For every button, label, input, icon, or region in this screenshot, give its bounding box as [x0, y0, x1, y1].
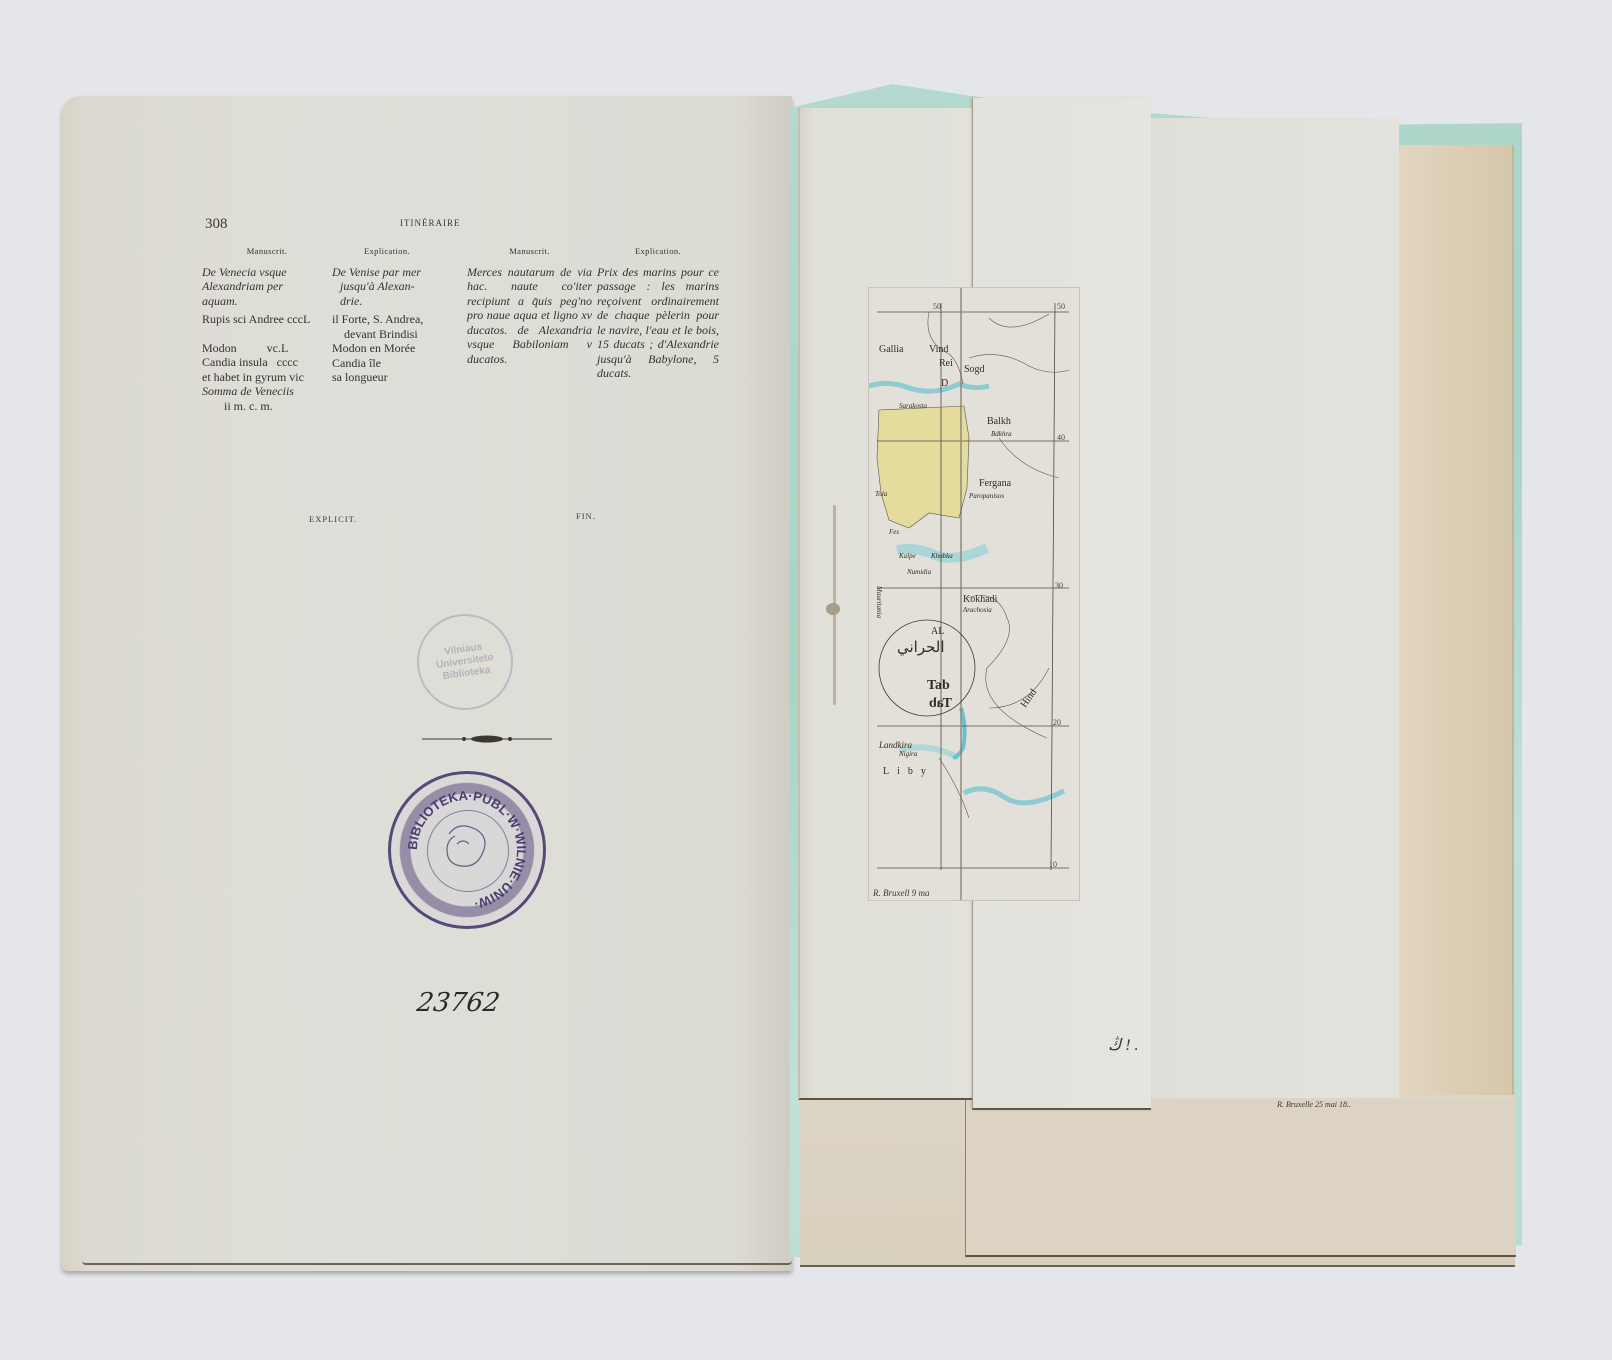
column-header: Explication.	[332, 244, 442, 259]
table-row: De Venecia vsque	[202, 265, 332, 280]
place-gallia: Gallia	[879, 344, 903, 355]
table-row: il Forte, S. Andrea,	[332, 312, 442, 327]
place-tab: Tab	[927, 678, 950, 694]
fin-label: FIN.	[576, 511, 596, 521]
table-row: ii m. c. m.	[202, 399, 332, 414]
engraver-credit: R. Bruxell 9 ma	[873, 888, 930, 898]
column-header: Explication.	[597, 244, 719, 259]
place-numidia: Numidia	[907, 568, 931, 576]
grid-label: 30	[1055, 581, 1063, 590]
place-tab-mirror: Tab	[929, 696, 952, 712]
column-manuscrit-2: Manuscrit. Merces nautarum de via hac. n…	[467, 244, 592, 366]
left-page: 308 ITINÉRAIRE Manuscrit. De Venecia vsq…	[62, 96, 792, 1271]
column-header: Manuscrit.	[202, 244, 332, 259]
table-row: Alexandriam per	[202, 279, 332, 294]
table-row	[202, 327, 332, 341]
table-row: devant Brindisi	[332, 327, 442, 342]
running-title: ITINÉRAIRE	[400, 218, 461, 228]
page-number: 308	[205, 216, 228, 233]
table-row: sa longueur	[332, 370, 442, 385]
column-text: Prix des marins pour ce passage : les ma…	[597, 265, 719, 381]
place-bdkhra: Bdkhra	[991, 430, 1012, 438]
table-row: aquam.	[202, 294, 332, 309]
ornament-rule-icon	[422, 734, 552, 744]
place-balkh: Balkh	[987, 416, 1011, 427]
column-header: Manuscrit.	[467, 244, 592, 259]
table-row: jusqu'à Alexan-	[332, 279, 442, 294]
page-edge	[82, 1253, 792, 1265]
place-sogd: Sogd	[964, 364, 985, 375]
place-sarakosta: Sarakosta	[899, 402, 927, 410]
itinerary-table: Manuscrit. De Venecia vsque Alexandriam …	[202, 244, 742, 434]
table-row: De Venise par mer	[332, 265, 442, 280]
column-manuscrit-1: Manuscrit. De Venecia vsque Alexandriam …	[202, 244, 332, 413]
tan-endpaper	[1380, 145, 1514, 1210]
manuscript-number: 23762	[415, 988, 502, 1018]
folded-sheet-right	[1148, 118, 1399, 1098]
place-nigira: Nigira	[899, 750, 917, 758]
place-arachosia: Arachosia	[963, 606, 992, 614]
place-kokhadi: Kokhadi	[963, 594, 997, 605]
grid-label: 20	[1053, 718, 1061, 727]
column-explication-1: Explication. De Venise par mer jusqu'à A…	[332, 244, 442, 385]
place-khobka: Khobka	[931, 552, 953, 560]
place-rei: Rei	[939, 358, 953, 369]
svg-text:BIBLIOTEKA·PUBL·W·WILNIE·UNIW·: BIBLIOTEKA·PUBL·W·WILNIE·UNIW·	[405, 788, 529, 912]
map-imprint: R. Bruxelle 25 mai 18..	[1277, 1100, 1351, 1109]
place-fes: Fes	[889, 528, 899, 536]
table-row: Modon en Morée	[332, 341, 442, 356]
handwriting: ڭ ! .	[1108, 1035, 1139, 1055]
table-row: Candia île	[332, 356, 442, 371]
place-arabic: الحراني	[897, 638, 945, 656]
table-row: et habet in gyrum vic	[202, 370, 332, 385]
column-explication-2: Explication. Prix des marins pour ce pas…	[597, 244, 719, 381]
map-plate: 50 50 40 30 20 10 Gallia Vind Rei D Sogd…	[868, 287, 1080, 901]
place-vind: Vind	[929, 344, 948, 355]
table-row: Candia insula cccc	[202, 355, 332, 370]
grid-label: 40	[1057, 433, 1065, 442]
place-paropanisos: Paropanisos	[969, 492, 1004, 500]
place-tola: Tola	[875, 490, 887, 498]
place-fergana: Fergana	[979, 478, 1011, 489]
place-kalpe: Kalpe	[899, 552, 916, 560]
binding-knot	[826, 603, 840, 615]
table-row: Modon vc.L	[202, 341, 332, 356]
grid-label: 50	[933, 302, 941, 311]
grid-label: 50	[1057, 302, 1065, 311]
library-stamp: BIBLIOTEKA·PUBL·W·WILNIE·UNIW·	[388, 771, 546, 929]
place-landkira: Landkira	[879, 740, 912, 750]
column-text: Merces nautarum de via hac. naute co'ite…	[467, 265, 592, 367]
faint-library-stamp: Vilniaus Universiteto Biblioteka	[411, 608, 519, 716]
stamp-text-ring: BIBLIOTEKA·PUBL·W·WILNIE·UNIW·	[391, 774, 543, 926]
table-row: Somma de Veneciis	[202, 384, 332, 399]
explicit-label: EXPLICIT.	[309, 514, 357, 524]
folded-sheet-bottom-inner	[965, 1100, 1516, 1257]
table-row: drie.	[332, 294, 442, 309]
place-d: D	[941, 378, 948, 389]
place-al: AL	[931, 626, 944, 637]
grid-label: 10	[1049, 860, 1057, 869]
place-mauritania: Mauritania	[875, 586, 883, 618]
table-row: Rupis sci Andree cccL	[202, 312, 332, 327]
place-liby: Liby	[883, 766, 934, 777]
